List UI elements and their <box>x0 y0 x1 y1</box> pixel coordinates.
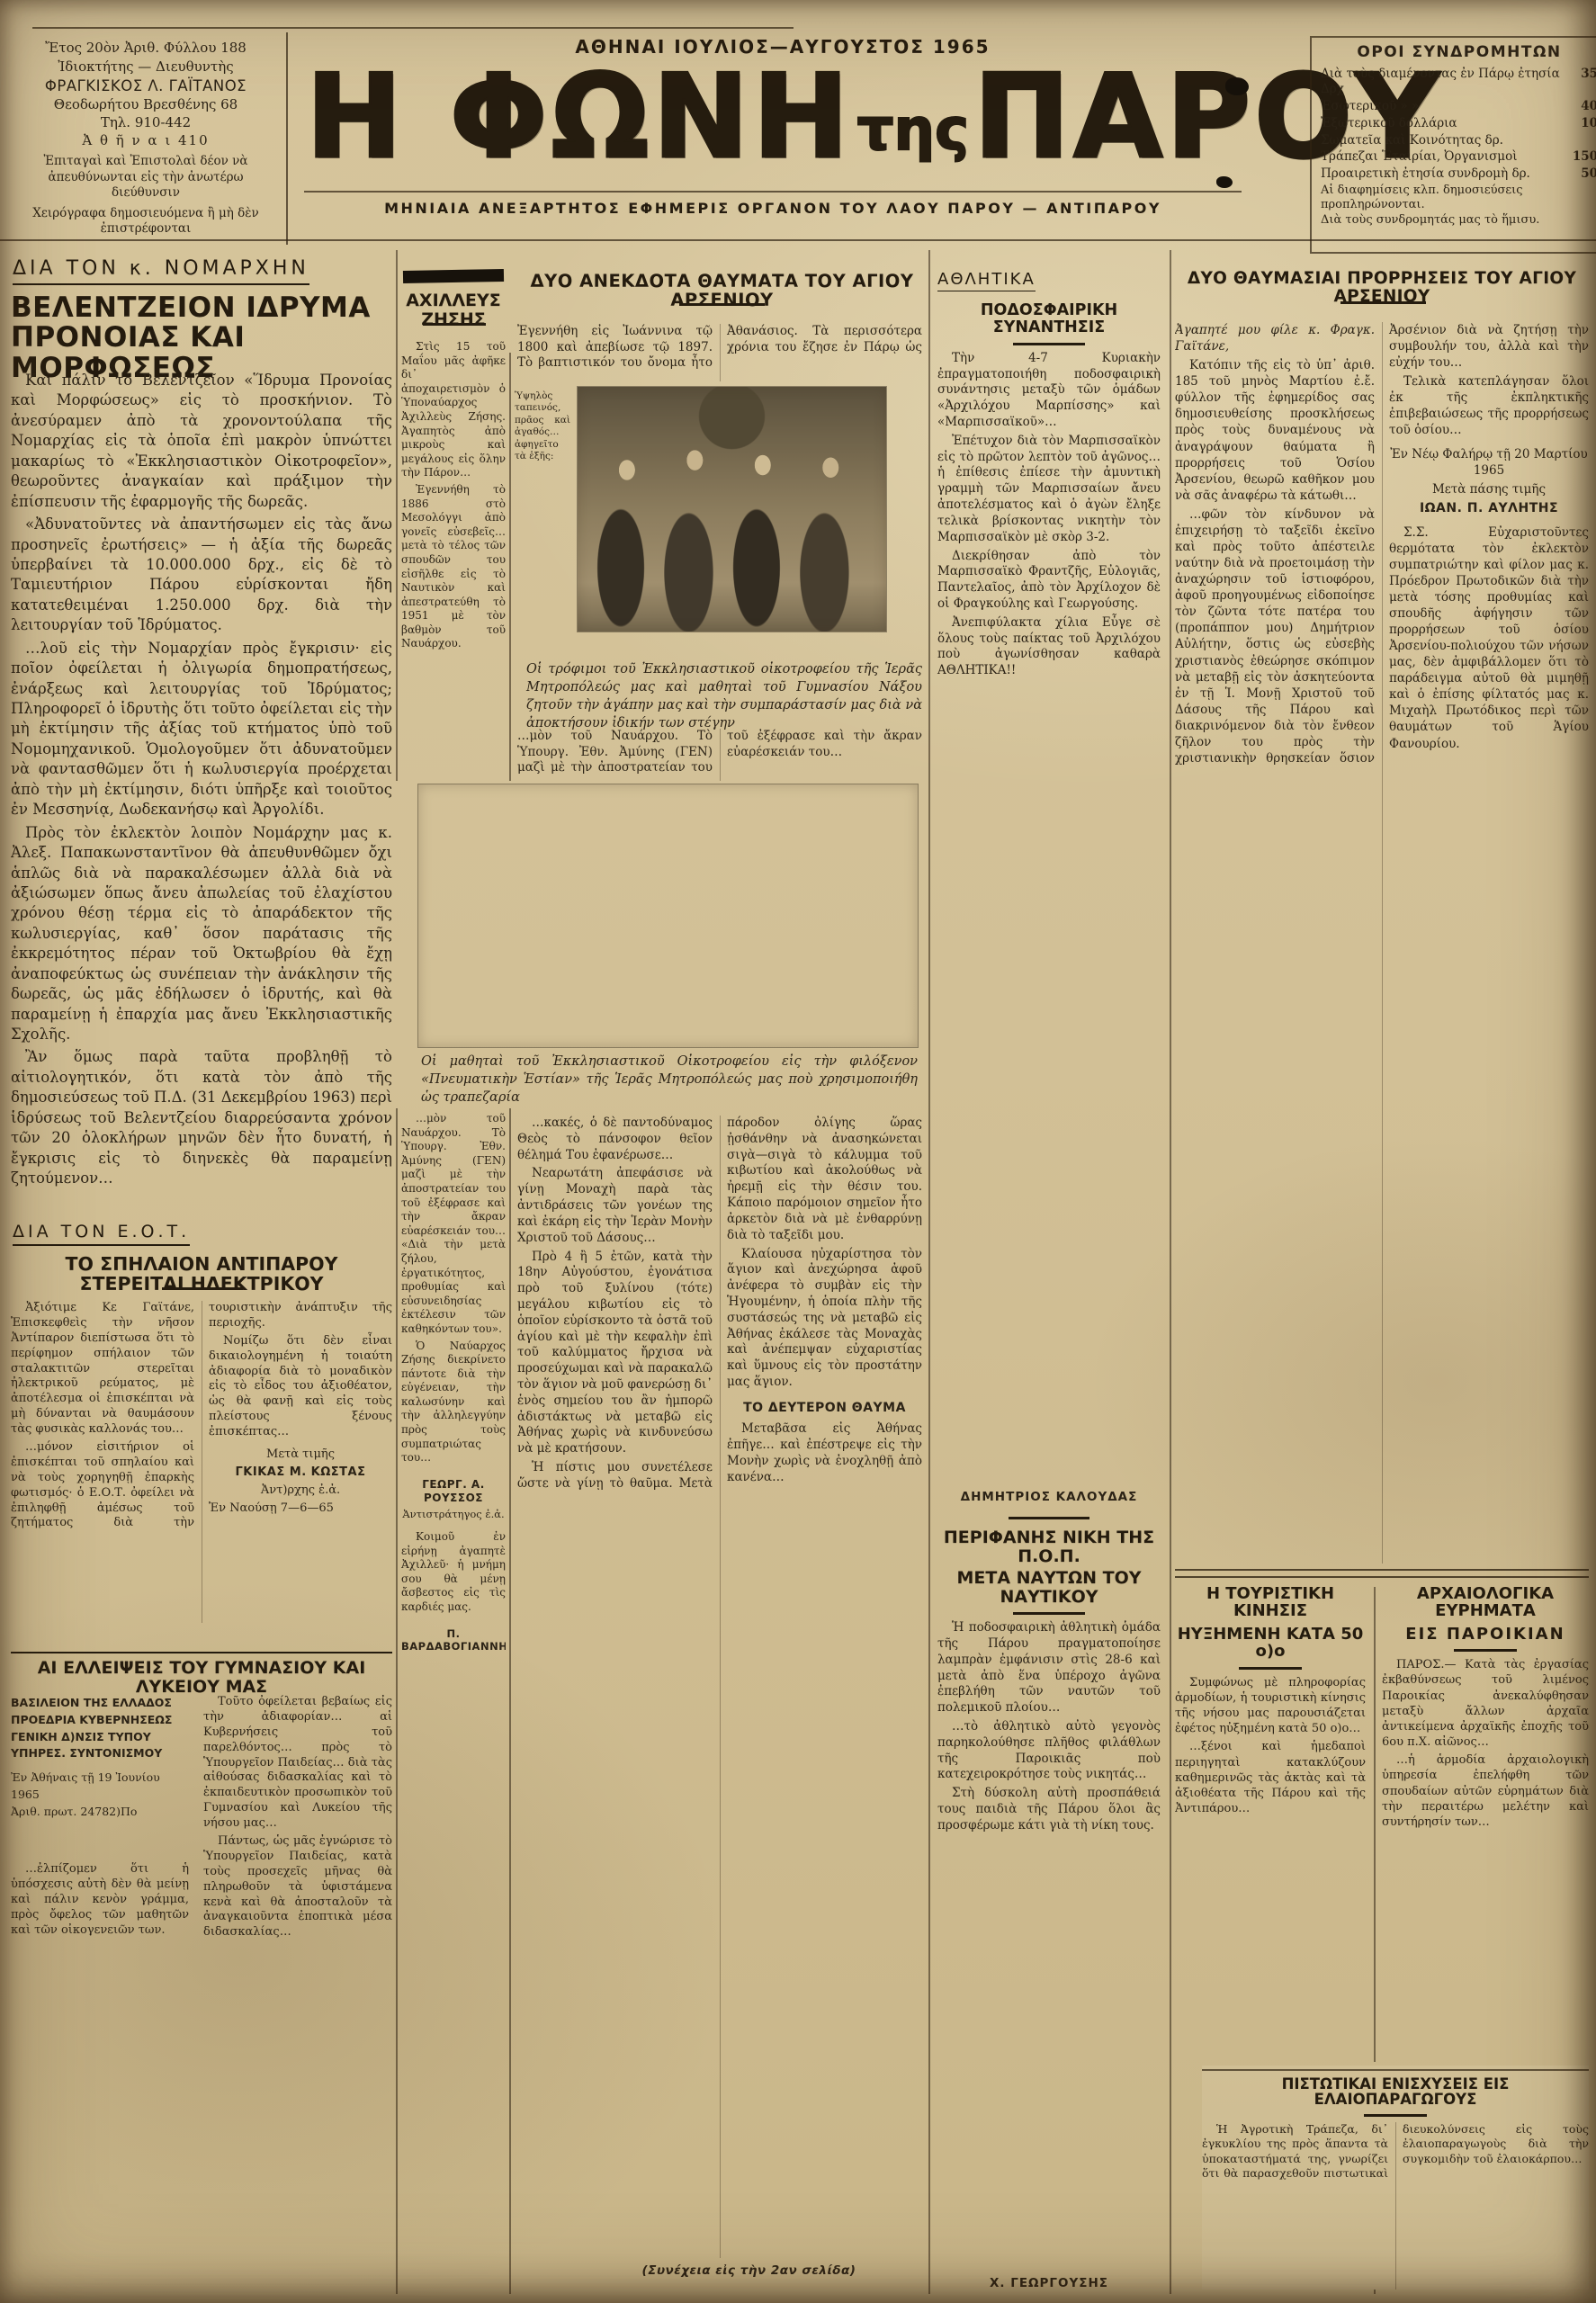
paragraph: …ἐλπίζομεν ὅτι ἡ ὑπόσχεσις αὐτὴ δὲν θὰ μ… <box>11 1862 189 1938</box>
headline-rule <box>1340 295 1426 309</box>
terms-row-value: 10 <box>1581 116 1596 131</box>
phone-line: Τηλ. 910-442 <box>14 114 277 130</box>
gymnasio-body-right: Τοῦτο ὀφείλεται βεβαίως εἰς τὴν ἀδιαφορί… <box>203 1695 392 2289</box>
official-line: ΥΠΗΡΕΣ. ΣΥΝΤΟΝΙΣΜΟΥ <box>11 1745 189 1762</box>
touristiki-article: Η ΤΟΥΡΙΣΤΙΚΗ ΚΙΝΗΣΙΣ ΗΥΞΗΜΕΝΗ ΚΑΤΑ 50 ο)… <box>1175 1585 1366 2069</box>
column-rule <box>928 250 930 2294</box>
official-line: ΒΑΣΙΛΕΙΟΝ ΤΗΣ ΕΛΛΑΔΟΣ <box>11 1695 189 1712</box>
paragraph: …μὸν τοῦ Ναυάρχου. Τὸ Ὑπουργ. Ἐθν. Ἀμύνη… <box>401 1112 506 1337</box>
official-line: ΓΕΝΙΚΗ Δ)ΝΣΙΣ ΤΥΠΟΥ <box>11 1729 189 1746</box>
terms-row-label: Ἐξωτερικοῦ δολλάρια <box>1321 116 1581 131</box>
headline-rule <box>423 317 486 331</box>
subscription-terms-box: ΟΡΟΙ ΣΥΝΔΡΟΜΗΤΩΝ Διὰ τοὺς διαμένοντας ἐν… <box>1310 36 1596 254</box>
anekdota-side-strip: Ὑψηλὸς ταπεινός, πρᾶος καὶ ἀγαθός… ἀφηγε… <box>515 390 570 628</box>
ink-blot <box>1216 176 1233 188</box>
paragraph: Διεκρίθησαν ἀπὸ τὸν Μαρπισσαϊκὸ Φραντζῆς… <box>937 549 1161 613</box>
pop-headline-line2: ΜΕΤΑ ΝΑΥΤΩΝ ΤΟΥ ΝΑΥΤΙΚΟΥ <box>937 1569 1161 1606</box>
masthead-subtitle: ΜΗΝΙΑΙΑ ΑΝΕΞΑΡΤΗΤΟΣ ΕΦΗΜΕΡΙΣ ΟΡΓΑΝΟΝ ΤΟΥ… <box>304 200 1242 217</box>
signature: Π. ΒΑΡΔΑΒΟΓΙΑΝΝΗΣ <box>401 1627 506 1654</box>
anekdota-mid-strip: …μὸν τοῦ Ναυάρχου. Τὸ Ὑπουργ. Ἐθν. Ἀμύνη… <box>517 729 922 781</box>
headline-rule <box>679 297 765 311</box>
paragraph: Ἐγεννήθη τὸ 1886 στὸ Μεσολόγγι ἀπὸ γονεῖ… <box>401 483 506 651</box>
terms-note: Αἱ διαφημίσεις κλπ. δημοσιεύσεις προπληρ… <box>1321 184 1596 213</box>
masthead-title-left: Η ΦΩΝΗ <box>306 50 853 184</box>
pop-body: Ἡ ποδοσφαιρικὴ ἀθλητικὴ ὁμάδα τῆς Πάρου … <box>937 1620 1161 1837</box>
terms-row-value: 50 <box>1581 166 1596 182</box>
signature: ΓΕΩΡΓ. Α. ΡΟΥΣΣΟΣ <box>401 1478 506 1506</box>
paragraph: Τοῦτο ὀφείλεται βεβαίως εἰς τὴν ἀδιαφορί… <box>203 1695 392 1832</box>
pop-article: ΠΕΡΙΦΑΝΗΣ ΝΙΚΗ ΤΗΣ Π.Ο.Π. ΜΕΤΑ ΝΑΥΤΩΝ ΤΟ… <box>937 1517 1161 2290</box>
headline-rule <box>1364 2114 1427 2117</box>
eot-kicker: ΔΙΑ ΤΟΝ Ε.Ο.Τ. <box>13 1222 190 1246</box>
paragraph: Ἐγεννήθη εἰς Ἰωάννινα τῷ 1800 καὶ ἀπεβίω… <box>517 324 922 381</box>
official-line: ΠΡΟΕΔΡΙΑ ΚΥΒΕΡΝΗΣΕΩΣ <box>11 1712 189 1729</box>
paragraph: Νεαρωτάτη ἀπεφάσισε νὰ γίνῃ Μοναχὴ παρὰ … <box>517 1166 713 1246</box>
photo-dining-hall <box>418 784 918 1047</box>
terms-title: ΟΡΟΙ ΣΥΝΔΡΟΜΗΤΩΝ <box>1321 43 1596 61</box>
gymnasio-headline: ΑΙ ΕΛΛΕΙΨΕΙΣ ΤΟΥ ΓΥΜΝΑΣΙΟΥ ΚΑΙ ΛΥΚΕΙΟΥ Μ… <box>11 1652 392 1696</box>
salutation: Ἀγαπητέ μου φίλε κ. Φραγκ. Γαϊτάνε, <box>1175 322 1375 354</box>
paragraph: «Ἀδυνατοῦντες νὰ ἀπαντήσωμεν εἰς τὰς ἄνω… <box>11 515 392 636</box>
paragraph: Τὴν 4-7 Κυριακὴν ἐπραγματοποιήθη ποδοσφα… <box>937 351 1161 431</box>
gymnasio-body-left: …ἐλπίζομεν ὅτι ἡ ὑπόσχεσις αὐτὴ δὲν θὰ μ… <box>11 1862 189 2289</box>
paragraph: Ἡ Ἀγροτικὴ Τράπεζα, δι᾽ ἐγκυκλίου της πρ… <box>1202 2122 1589 2181</box>
zisis-body-top: Στὶς 15 τοῦ Μαΐου μᾶς ἀφῆκε δι᾽ ἀποχαιρε… <box>401 340 506 779</box>
pistotikai-body: Ἡ Ἀγροτικὴ Τράπεζα, δι᾽ ἐγκυκλίου της πρ… <box>1202 2122 1589 2290</box>
paragraph: …κακές, ὁ δὲ παντοδύναμος Θεὸς τὸ πάνσοφ… <box>517 1116 713 1163</box>
address-line: Θεοδωρήτου Βρεσθένης 68 <box>14 96 277 112</box>
paragraph: …ξένοι καὶ ἡμεδαποὶ περιηγηταὶ κατακλύζο… <box>1175 1739 1366 1816</box>
athlitika-article: ΑΘΛΗΤΙΚΑ ΠΟΔΟΣΦΑΙΡΙΚΗ ΣΥΝΑΝΤΗΣΙΣ Τὴν 4-7… <box>937 270 1161 1504</box>
velentzeion-body: Καὶ πάλιν τὸ Βελεντζεῖον «Ἵδρυμα Προνοία… <box>11 371 392 1213</box>
letter-dateline: Ἐν Ναούσῃ 7—6—65 <box>209 1501 392 1517</box>
athlitika-kicker: ΑΘΛΗΤΙΚΑ <box>937 270 1036 291</box>
signature: Χ. ΓΕΩΡΓΟΥΣΗΣ <box>937 2276 1161 2290</box>
touristiki-body: Συμφώνως μὲ πληροφορίας ἁρμοδίων, ἡ τουρ… <box>1175 1675 1366 2069</box>
archaiologika-headline-line2: ΕΙΣ ΠΑΡΟΙΚΙΑΝ <box>1382 1626 1589 1643</box>
paragraph: Ἡ ποδοσφαιρικὴ ἀθλητικὴ ὁμάδα τῆς Πάρου … <box>937 1620 1161 1716</box>
city-line: Ἀ θ ῆ ν α ι 410 <box>14 132 277 148</box>
paragraph: Στὴ δύσκολη αὐτὴ προσπάθειά τους παιδιὰ … <box>937 1786 1161 1833</box>
paragraph: …τὸ ἀθλητικὸ αὐτὸ γεγονὸς παρηκολούθησε … <box>937 1719 1161 1783</box>
nomarxi-kicker: ΔΙΑ ΤΟΝ κ. ΝΟΜΑΡΧΗΝ <box>13 257 309 285</box>
signature-role: Ἀντ)ρχης ἐ.ἀ. <box>209 1483 392 1499</box>
double-rule <box>1175 1569 1589 1578</box>
manuscripts-note: Χειρόγραφα δημοσιευόμενα ἢ μὴ δὲν ἐπιστρ… <box>14 206 277 237</box>
paragraph: Ἀνεπιφύλακτα χίλια Εὖγε σὲ ὅλους τοὺς πα… <box>937 615 1161 679</box>
paragraph: Κατόπιν τῆς εἰς τὸ ὑπ᾽ ἀριθ. 185 τοῦ μην… <box>1175 357 1375 504</box>
signature-role: Ἀντιστράτηγος ἐ.ἀ. <box>401 1508 506 1521</box>
pop-headline-line1: ΠΕΡΙΦΑΝΗΣ ΝΙΚΗ ΤΗΣ Π.Ο.Π. <box>937 1528 1161 1565</box>
eot-body: Ἀξιότιμε Κε Γαϊτάνε, Ἐπισκεφθεὶς τὴν νῆσ… <box>11 1301 392 1623</box>
publisher-box: Ἔτος 20ὸν Ἀριθ. Φύλλου 188 Ἰδιοκτήτης — … <box>9 32 288 245</box>
official-number: Ἀριθ. πρωτ. 24782)Πο <box>11 1804 189 1821</box>
terms-row-label: Σωματεῖα καὶ Κοινότητας δρ. <box>1321 133 1596 148</box>
terms-row-value: 35 <box>1581 67 1596 97</box>
letter-dateline: Ἐν Νέῳ Φαλήρῳ τῇ 20 Μαρτίου 1965 <box>1389 446 1589 479</box>
paragraph: Πάντως, ὡς μᾶς ἐγνώρισε τὸ Ὑπουργεῖον Πα… <box>203 1834 392 1940</box>
section-rule <box>1202 2069 1589 2071</box>
ink-blot <box>1225 77 1249 95</box>
official-date: Ἐν Ἀθήναις τῇ 19 Ἰουνίου 1965 <box>11 1770 189 1804</box>
paragraph: …λοῦ εἰς τὴν Νομαρχίαν πρὸς ἔγκρισιν· εἰ… <box>11 639 392 820</box>
top-rule <box>32 27 794 29</box>
issue-line: Ἔτος 20ὸν Ἀριθ. Φύλλου 188 <box>14 40 277 56</box>
terms-row-value: 40 <box>1581 99 1596 114</box>
section-rule <box>1009 1517 1089 1519</box>
owner-name: ΦΡΑΓΚΙΣΚΟΣ Λ. ΓΑΪΤΑΝΟΣ <box>14 77 277 94</box>
paragraph: Ἀξιότιμε Κε Γαϊτάνε, Ἐπισκεφθεὶς τὴν νῆσ… <box>11 1301 194 1438</box>
prorriseis-body: Ἀγαπητέ μου φίλε κ. Φραγκ. Γαϊτάνε, Κατό… <box>1175 322 1589 1564</box>
anekdota-tail: …κακές, ὁ δὲ παντοδύναμος Θεὸς τὸ πάνσοφ… <box>517 1116 922 2258</box>
column-rule <box>396 250 398 781</box>
column-rule <box>1170 250 1171 2294</box>
terms-row-label: Τράπεζαι Ἑταιρίαι, Ὀργανισμοὶ <box>1321 149 1573 165</box>
terms-row-value: 150 <box>1573 149 1596 165</box>
signature: ΙΩΑΝ. Π. ΑΥΛΗΤΗΣ <box>1389 500 1589 517</box>
paragraph: Στὶς 15 τοῦ Μαΐου μᾶς ἀφῆκε δι᾽ ἀποχαιρε… <box>401 340 506 480</box>
paragraph: Ἐπέτυχον διὰ τὸν Μαρπισσαϊκὸν εἰς τὸ πρῶ… <box>937 434 1161 546</box>
headline-rule <box>1454 1649 1517 1652</box>
touristiki-headline-line1: Η ΤΟΥΡΙΣΤΙΚΗ ΚΙΝΗΣΙΣ <box>1175 1585 1366 1620</box>
paragraph: Ἂν ὅμως παρὰ ταῦτα προβληθῇ τὸ αἰτιολογη… <box>11 1047 392 1188</box>
archaiologika-article: ΑΡΧΑΙΟΛΟΓΙΚΑ ΕΥΡΗΜΑΤΑ ΕΙΣ ΠΑΡΟΙΚΙΑΝ ΠΑΡΟ… <box>1382 1585 1589 2051</box>
headline-rule <box>1013 343 1085 345</box>
archaiologika-body: ΠΑΡΟΣ.— Κατὰ τὰς ἐργασίας ἐκβαθύνσεως το… <box>1382 1657 1589 2051</box>
athlitika-body: Τὴν 4-7 Κυριακὴν ἐπραγματοποιήθη ποδοσφα… <box>937 351 1161 682</box>
obituary-bar <box>403 269 504 283</box>
paragraph: ΠΑΡΟΣ.— Κατὰ τὰς ἐργασίας ἐκβαθύνσεως το… <box>1382 1657 1589 1750</box>
closing: Μετὰ τιμῆς <box>209 1447 392 1463</box>
closing: Μετὰ πάσης τιμῆς <box>1389 481 1589 497</box>
remittance-note: Ἐπιταγαὶ καὶ Ἐπιστολαὶ δέον νὰ ἀπευθύνων… <box>14 154 277 202</box>
paragraph: …μὸν τοῦ Ναυάρχου. Τὸ Ὑπουργ. Ἐθν. Ἀμύνη… <box>517 729 922 781</box>
paragraph: Ὑψηλὸς ταπεινός, πρᾶος καὶ ἀγαθός… ἀφηγε… <box>515 390 570 463</box>
owner-role-line: Ἰδιοκτήτης — Διευθυντὴς <box>14 58 277 75</box>
paragraph: Κοιμοῦ ἐν εἰρήνῃ ἀγαπητὲ Ἀχιλλεῦ· ἡ μνήμ… <box>401 1530 506 1615</box>
headline-rule <box>162 1281 243 1295</box>
headline-rule <box>1239 1667 1302 1670</box>
paragraph: Συμφώνως μὲ πληροφορίας ἁρμοδίων, ἡ τουρ… <box>1175 1675 1366 1737</box>
signature: ΓΚΙΚΑΣ Μ. ΚΩΣΤΑΣ <box>209 1465 392 1481</box>
paragraph: Τελικὰ κατεπλάγησαν ὅλοι ἐκ τῆς ἐκπληκτι… <box>1389 373 1589 438</box>
zisis-body-bottom: …μὸν τοῦ Ναυάρχου. Τὸ Ὑπουργ. Ἐθν. Ἀμύνη… <box>401 1112 506 2290</box>
headline-rule <box>1013 1612 1085 1615</box>
paragraph: Πρὸς τὸν ἐκλεκτὸν λοιπὸν Νομάρχην μας κ.… <box>11 823 392 1045</box>
paragraph: Νομίζω ὅτι δὲν εἶναι δικαιολογημένη ἡ το… <box>209 1334 392 1440</box>
terms-row-label: Διὰ τοὺς διαμένοντας ἐν Πάρῳ ἐτησία Δρχ <box>1321 67 1581 97</box>
terms-row-label: Προαιρετικὴ ἐτησία συνδρομὴ δρ. <box>1321 166 1581 182</box>
signature: ΔΗΜΗΤΡΙΟΣ ΚΑΛΟΥΔΑΣ <box>937 1490 1161 1504</box>
paragraph: Πρὸ 4 ἢ 5 ἐτῶν, κατὰ τὴν 18ην Αὐγούστου,… <box>517 1250 713 1458</box>
terms-note: Διὰ τοὺς συνδρομητάς μας τὸ ἥμισυ. <box>1321 213 1596 228</box>
column-rule <box>1374 1587 1376 2062</box>
archaiologika-headline-line1: ΑΡΧΑΙΟΛΟΓΙΚΑ ΕΥΡΗΜΑΤΑ <box>1382 1585 1589 1620</box>
masthead-title: Η ΦΩΝΗ της ΠΑΡΟΥ <box>306 50 1242 184</box>
paragraph: Ὁ Ναύαρχος Ζήσης διεκρίνετο πάντοτε διὰ … <box>401 1340 506 1465</box>
pistotikai-article: ΠΙΣΤΩΤΙΚΑΙ ΕΝΙΣΧΥΣΕΙΣ ΕΙΣ ΕΛΑΙΟΠΑΡΑΓΩΓΟΥ… <box>1202 2066 1589 2290</box>
masthead-title-mid: της <box>857 97 969 164</box>
second-miracle-subhead: ΤΟ ΔΕΥΤΕΡΟΝ ΘΑΥΜΑ <box>727 1400 922 1416</box>
subtitle-rule <box>304 191 1242 193</box>
continuation-note: (Συνέχεια εἰς τὴν 2αν σελίδα) <box>576 2263 922 2278</box>
paragraph: Καὶ πάλιν τὸ Βελεντζεῖον «Ἵδρυμα Προνοία… <box>11 371 392 512</box>
touristiki-headline-line2: ΗΥΞΗΜΕΝΗ ΚΑΤΑ 50 ο)ο <box>1175 1626 1366 1661</box>
photo-church-group <box>578 387 886 632</box>
pistotikai-headline: ΠΙΣΤΩΤΙΚΑΙ ΕΝΙΣΧΥΣΕΙΣ ΕΙΣ ΕΛΑΙΟΠΑΡΑΓΩΓΟΥ… <box>1202 2076 1589 2109</box>
paragraph: …ἡ ἁρμοδία ἀρχαιολογικὴ ὑπηρεσία ἐπελήφθ… <box>1382 1752 1589 1830</box>
postscript: Σ.Σ. Εὐχαριστοῦντες θερμότατα τὸν ἐκλεκτ… <box>1389 524 1589 752</box>
column-rule <box>509 1108 511 2294</box>
column-rule <box>396 1108 398 2294</box>
gymnasio-official-block: ΒΑΣΙΛΕΙΟΝ ΤΗΣ ΕΛΛΑΔΟΣ ΠΡΟΕΔΡΙΑ ΚΥΒΕΡΝΗΣΕ… <box>11 1695 189 1820</box>
paragraph: Κλαίουσα ηὐχαρίστησα τὸν ἅγιον καὶ ἀνεχώ… <box>727 1247 922 1391</box>
photo1-caption: Οἱ τρόφιμοι τοῦ Ἐκκλησιαστικοῦ οἰκοτροφε… <box>526 660 922 732</box>
anekdota-lead: Ἐγεννήθη εἰς Ἰωάννινα τῷ 1800 καὶ ἀπεβίω… <box>517 324 922 381</box>
newspaper-front-page: Ἔτος 20ὸν Ἀριθ. Φύλλου 188 Ἰδιοκτήτης — … <box>0 0 1596 2303</box>
column-rule <box>509 353 511 781</box>
podosfairiki-headline: ΠΟΔΟΣΦΑΙΡΙΚΗ ΣΥΝΑΝΤΗΣΙΣ <box>937 302 1161 336</box>
paragraph: Μεταβᾶσα εἰς Ἀθήνας ἐπῆγε… καὶ ἐπέστρεψε… <box>727 1421 922 1485</box>
photo2-caption: Οἱ μαθηταὶ τοῦ Ἐκκλησιαστικοῦ Οἰκοτροφεί… <box>421 1053 918 1107</box>
terms-row-label: Ἐσωτερικοῦ » » <box>1321 99 1581 114</box>
